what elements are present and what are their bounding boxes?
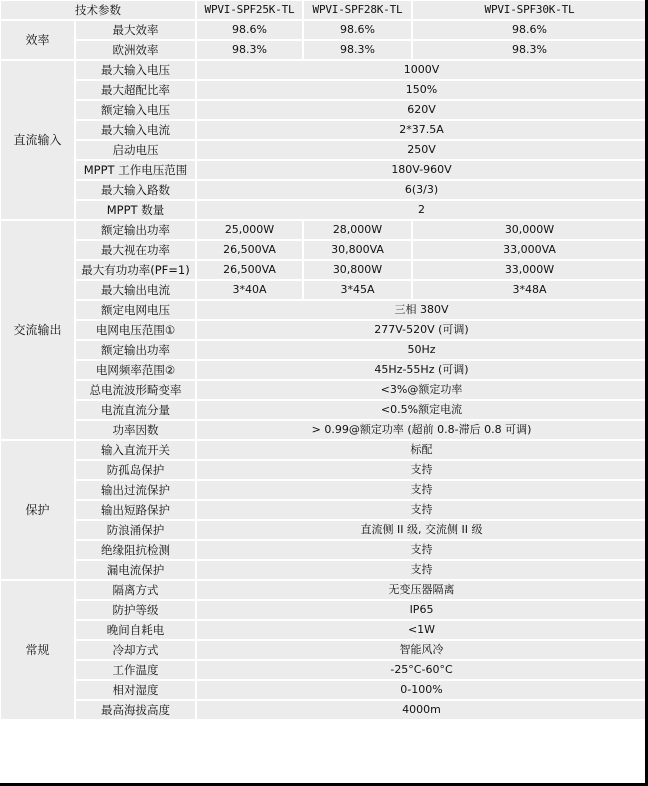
param-name: 防孤岛保护 bbox=[75, 460, 196, 480]
table-row: 常规 隔离方式 无变压器隔离 bbox=[0, 580, 645, 600]
param-value: 25,000W bbox=[196, 220, 303, 240]
table-row: 总电流波形畸变率 <3%@额定功率 bbox=[0, 380, 645, 400]
param-value: 30,800W bbox=[303, 260, 412, 280]
param-name: 电网电压范围① bbox=[75, 320, 196, 340]
technical-parameters-table: 技术参数 WPVI-SPF25K-TL WPVI-SPF28K-TL WPVI-… bbox=[0, 0, 645, 721]
table-row: 电流直流分量 <0.5%额定电流 bbox=[0, 400, 645, 420]
table-row: 工作温度 -25°C-60°C bbox=[0, 660, 645, 680]
param-value: 0-100% bbox=[196, 680, 645, 700]
table-row: 绝缘阻抗检测 支持 bbox=[0, 540, 645, 560]
group-efficiency: 效率 bbox=[0, 20, 75, 60]
param-value: 98.3% bbox=[196, 40, 303, 60]
table-row: 最高海拔高度 4000m bbox=[0, 700, 645, 720]
param-name: 额定输出功率 bbox=[75, 220, 196, 240]
table-row: 效率 最大效率 98.6% 98.6% 98.6% bbox=[0, 20, 645, 40]
param-value: 50Hz bbox=[196, 340, 645, 360]
table-row: 输出过流保护 支持 bbox=[0, 480, 645, 500]
param-name: 最大输出电流 bbox=[75, 280, 196, 300]
param-value: 28,000W bbox=[303, 220, 412, 240]
param-name: 功率因数 bbox=[75, 420, 196, 440]
model-header-28k: WPVI-SPF28K-TL bbox=[303, 0, 412, 20]
model-header-25k: WPVI-SPF25K-TL bbox=[196, 0, 303, 20]
table-row: 直流输入 最大输入电压 1000V bbox=[0, 60, 645, 80]
table-row: 输出短路保护 支持 bbox=[0, 500, 645, 520]
table-row: 功率因数 > 0.99@额定功率 (超前 0.8-滞后 0.8 可调) bbox=[0, 420, 645, 440]
param-value: 98.3% bbox=[303, 40, 412, 60]
param-value: 支持 bbox=[196, 540, 645, 560]
table-row: 保护 输入直流开关 标配 bbox=[0, 440, 645, 460]
table-row: 防孤岛保护 支持 bbox=[0, 460, 645, 480]
header-row: 技术参数 WPVI-SPF25K-TL WPVI-SPF28K-TL WPVI-… bbox=[0, 0, 645, 20]
spec-sheet: 技术参数 WPVI-SPF25K-TL WPVI-SPF28K-TL WPVI-… bbox=[0, 0, 645, 783]
group-dc-input: 直流输入 bbox=[0, 60, 75, 220]
table-row: 额定输入电压 620V bbox=[0, 100, 645, 120]
table-row: 最大输入路数 6(3/3) bbox=[0, 180, 645, 200]
param-value: <1W bbox=[196, 620, 645, 640]
param-value: 1000V bbox=[196, 60, 645, 80]
param-name: MPPT 工作电压范围 bbox=[75, 160, 196, 180]
group-ac-output: 交流输出 bbox=[0, 220, 75, 440]
table-row: 额定电网电压 三相 380V bbox=[0, 300, 645, 320]
param-value: 支持 bbox=[196, 460, 645, 480]
param-name: 最大输入电压 bbox=[75, 60, 196, 80]
param-name: 防浪涌保护 bbox=[75, 520, 196, 540]
param-value: 3*40A bbox=[196, 280, 303, 300]
param-value: 277V-520V (可调) bbox=[196, 320, 645, 340]
param-name: 漏电流保护 bbox=[75, 560, 196, 580]
table-row: MPPT 工作电压范围 180V-960V bbox=[0, 160, 645, 180]
table-row: 最大超配比率 150% bbox=[0, 80, 645, 100]
param-value: 支持 bbox=[196, 480, 645, 500]
param-value: IP65 bbox=[196, 600, 645, 620]
param-name: 最大输入路数 bbox=[75, 180, 196, 200]
param-name: 最大输入电流 bbox=[75, 120, 196, 140]
group-protection: 保护 bbox=[0, 440, 75, 580]
param-value: 98.6% bbox=[412, 20, 645, 40]
param-value: 三相 380V bbox=[196, 300, 645, 320]
param-value: 98.6% bbox=[196, 20, 303, 40]
param-value: 98.6% bbox=[303, 20, 412, 40]
param-name: 晚间自耗电 bbox=[75, 620, 196, 640]
table-row: 晚间自耗电 <1W bbox=[0, 620, 645, 640]
param-value: <3%@额定功率 bbox=[196, 380, 645, 400]
param-value: 30,800VA bbox=[303, 240, 412, 260]
param-value: 2 bbox=[196, 200, 645, 220]
table-row: 防浪涌保护 直流侧 II 级, 交流侧 II 级 bbox=[0, 520, 645, 540]
param-value: <0.5%额定电流 bbox=[196, 400, 645, 420]
param-name: 工作温度 bbox=[75, 660, 196, 680]
param-value: 2*37.5A bbox=[196, 120, 645, 140]
param-value: 33,000W bbox=[412, 260, 645, 280]
param-name: 冷却方式 bbox=[75, 640, 196, 660]
param-name: 启动电压 bbox=[75, 140, 196, 160]
table-row: 相对湿度 0-100% bbox=[0, 680, 645, 700]
param-value: 250V bbox=[196, 140, 645, 160]
param-name: 输出短路保护 bbox=[75, 500, 196, 520]
param-value: 98.3% bbox=[412, 40, 645, 60]
table-row: MPPT 数量 2 bbox=[0, 200, 645, 220]
table-row: 防护等级 IP65 bbox=[0, 600, 645, 620]
param-name: 隔离方式 bbox=[75, 580, 196, 600]
param-name: 最大效率 bbox=[75, 20, 196, 40]
table-row: 电网电压范围① 277V-520V (可调) bbox=[0, 320, 645, 340]
param-value: 直流侧 II 级, 交流侧 II 级 bbox=[196, 520, 645, 540]
param-value: 无变压器隔离 bbox=[196, 580, 645, 600]
param-value: 26,500VA bbox=[196, 260, 303, 280]
table-row: 最大输出电流 3*40A 3*45A 3*48A bbox=[0, 280, 645, 300]
group-general: 常规 bbox=[0, 580, 75, 720]
table-row: 启动电压 250V bbox=[0, 140, 645, 160]
param-value: 标配 bbox=[196, 440, 645, 460]
param-name: 额定电网电压 bbox=[75, 300, 196, 320]
param-name: 最大视在功率 bbox=[75, 240, 196, 260]
param-name: MPPT 数量 bbox=[75, 200, 196, 220]
param-value: 620V bbox=[196, 100, 645, 120]
param-name: 防护等级 bbox=[75, 600, 196, 620]
param-name: 电网频率范围② bbox=[75, 360, 196, 380]
param-value: 3*48A bbox=[412, 280, 645, 300]
table-row: 欧洲效率 98.3% 98.3% 98.3% bbox=[0, 40, 645, 60]
table-row: 电网频率范围② 45Hz-55Hz (可调) bbox=[0, 360, 645, 380]
param-value: 3*45A bbox=[303, 280, 412, 300]
param-value: > 0.99@额定功率 (超前 0.8-滞后 0.8 可调) bbox=[196, 420, 645, 440]
param-name: 最大超配比率 bbox=[75, 80, 196, 100]
param-value: 30,000W bbox=[412, 220, 645, 240]
table-row: 额定输出功率 50Hz bbox=[0, 340, 645, 360]
table-row: 交流输出 额定输出功率 25,000W 28,000W 30,000W bbox=[0, 220, 645, 240]
param-name: 最大有功功率(PF=1) bbox=[75, 260, 196, 280]
param-header: 技术参数 bbox=[0, 0, 196, 20]
table-row: 冷却方式 智能风冷 bbox=[0, 640, 645, 660]
param-value: 支持 bbox=[196, 500, 645, 520]
param-name: 最高海拔高度 bbox=[75, 700, 196, 720]
param-name: 相对湿度 bbox=[75, 680, 196, 700]
param-name: 电流直流分量 bbox=[75, 400, 196, 420]
table-row: 最大有功功率(PF=1) 26,500VA 30,800W 33,000W bbox=[0, 260, 645, 280]
param-name: 输入直流开关 bbox=[75, 440, 196, 460]
param-name: 额定输出功率 bbox=[75, 340, 196, 360]
param-value: 智能风冷 bbox=[196, 640, 645, 660]
param-value: 150% bbox=[196, 80, 645, 100]
param-name: 额定输入电压 bbox=[75, 100, 196, 120]
param-name: 绝缘阻抗检测 bbox=[75, 540, 196, 560]
param-value: 26,500VA bbox=[196, 240, 303, 260]
param-name: 总电流波形畸变率 bbox=[75, 380, 196, 400]
table-row: 最大输入电流 2*37.5A bbox=[0, 120, 645, 140]
table-row: 漏电流保护 支持 bbox=[0, 560, 645, 580]
param-value: 180V-960V bbox=[196, 160, 645, 180]
param-name: 欧洲效率 bbox=[75, 40, 196, 60]
table-row: 最大视在功率 26,500VA 30,800VA 33,000VA bbox=[0, 240, 645, 260]
param-value: 33,000VA bbox=[412, 240, 645, 260]
param-name: 输出过流保护 bbox=[75, 480, 196, 500]
param-value: 45Hz-55Hz (可调) bbox=[196, 360, 645, 380]
param-value: 支持 bbox=[196, 560, 645, 580]
model-header-30k: WPVI-SPF30K-TL bbox=[412, 0, 645, 20]
param-value: 6(3/3) bbox=[196, 180, 645, 200]
param-value: 4000m bbox=[196, 700, 645, 720]
param-value: -25°C-60°C bbox=[196, 660, 645, 680]
